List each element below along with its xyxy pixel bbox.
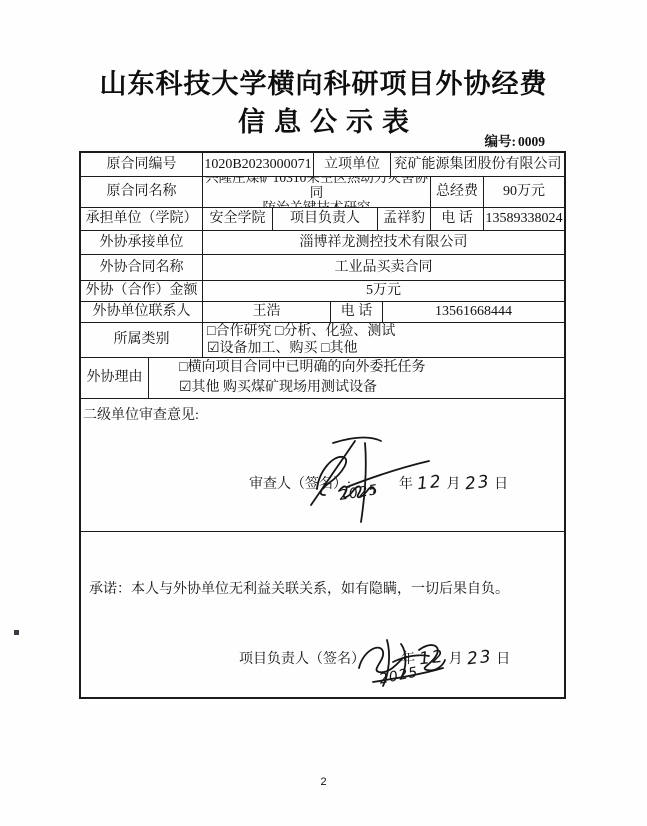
outsourcing-contact-label: 外协单位联系人: [81, 302, 203, 322]
doc-number-value: 0009: [518, 134, 547, 149]
leader-signature-scribble: [353, 634, 448, 696]
outsourcing-unit-label: 外协承接单位: [81, 231, 203, 254]
project-leader-value: 孟祥豹: [378, 208, 431, 230]
contact-phone-value: 13561668444: [383, 302, 564, 322]
handwritten-day: 23: [466, 647, 494, 670]
form-title-line1: 山东科技大学横向科研项目外协经费: [0, 62, 647, 101]
outsourcing-contract-name-label: 外协合同名称: [81, 255, 203, 280]
scan-speck: [14, 630, 19, 635]
category-label: 所属类别: [81, 323, 203, 357]
reason-options: □横向项目合同中已明确的向外委托任务 ☑其他 购买煤矿现场用测试设备: [149, 358, 564, 398]
month-char: 月: [447, 477, 461, 492]
project-unit-value: 兖矿能源集团股份有限公司: [391, 153, 564, 176]
review-opinion-label: 二级单位审查意见:: [83, 404, 199, 424]
project-leader-label: 项目负责人: [273, 208, 378, 230]
outsourcing-contact-value: 王浩: [203, 302, 331, 322]
undertaking-unit-value: 安全学院: [203, 208, 273, 230]
handwritten-day: 23: [464, 472, 492, 495]
scanned-form-page: 山东科技大学横向科研项目外协经费 信息公示表 编号:0009 原合同编号 102…: [0, 0, 647, 826]
form-title-line2: 信息公示表: [0, 100, 647, 139]
original-contract-name-value: 兴隆庄煤矿10310采空区热动力灾害协同 防治关键技术研究: [203, 177, 431, 207]
outsourcing-unit-value: 淄博祥龙测控技术有限公司: [203, 231, 564, 254]
project-unit-label: 立项单位: [314, 153, 391, 176]
outsourcing-contract-name-value: 工业品买卖合同: [203, 255, 564, 280]
category-options: □合作研究 □分析、化验、测试 ☑设备加工、购买 □其他: [203, 323, 564, 357]
month-char: 月: [449, 652, 463, 667]
outsourcing-amount-value: 5万元: [203, 281, 564, 301]
row-review-opinion: 二级单位审查意见: 审查人（签名）:年12月23日 2025: [81, 399, 564, 532]
promise-cell: 承诺：本人与外协单位无利益关联关系，如有隐瞒，一切后果自负。 项目负责人（签名）…: [81, 532, 564, 697]
leader-phone-value: 13589338024: [484, 208, 564, 230]
doc-number: 编号:0009: [485, 130, 548, 150]
row-undertaking-unit: 承担单位（学院） 安全学院 项目负责人 孟祥豹 电 话 13589338024: [81, 208, 564, 231]
promise-text: 承诺：本人与外协单位无利益关联关系，如有隐瞒，一切后果自负。: [89, 578, 509, 598]
doc-number-label: 编号:: [485, 134, 519, 149]
row-original-contract-name: 原合同名称 兴隆庄煤矿10310采空区热动力灾害协同 防治关键技术研究 总经费 …: [81, 177, 564, 208]
row-category: 所属类别 □合作研究 □分析、化验、测试 ☑设备加工、购买 □其他: [81, 323, 564, 358]
original-contract-name-label: 原合同名称: [81, 177, 203, 207]
reason-option-line-2: ☑其他 购买煤矿现场用测试设备: [179, 378, 377, 398]
undertaking-unit-label: 承担单位（学院）: [81, 208, 203, 230]
page-number: 2: [0, 776, 647, 788]
original-contract-no-label: 原合同编号: [81, 153, 203, 176]
outsourcing-amount-label: 外协（合作）金额: [81, 281, 203, 301]
review-opinion-cell: 二级单位审查意见: 审查人（签名）:年12月23日 2025: [81, 399, 564, 531]
row-outsourcing-amount: 外协（合作）金额 5万元: [81, 281, 564, 302]
contact-phone-label: 电 话: [331, 302, 383, 322]
reason-option-line-1: □横向项目合同中已明确的向外委托任务: [179, 358, 425, 378]
row-reason: 外协理由 □横向项目合同中已明确的向外委托任务 ☑其他 购买煤矿现场用测试设备: [81, 358, 564, 399]
row-outsourcing-contact: 外协单位联系人 王浩 电 话 13561668444: [81, 302, 564, 323]
original-contract-no-value: 1020B2023000071: [203, 153, 314, 176]
reason-label: 外协理由: [81, 358, 149, 398]
category-option-line-2: ☑设备加工、购买 □其他: [207, 340, 358, 357]
row-outsourcing-contract-name: 外协合同名称 工业品买卖合同: [81, 255, 564, 281]
form-table: 原合同编号 1020B2023000071 立项单位 兖矿能源集团股份有限公司 …: [79, 151, 566, 699]
reviewer-signature-scribble: [303, 427, 435, 525]
leader-signature-label: 项目负责人（签名）: [239, 652, 365, 667]
row-promise: 承诺：本人与外协单位无利益关联关系，如有隐瞒，一切后果自负。 项目负责人（签名）…: [81, 532, 564, 697]
day-char: 日: [494, 477, 508, 492]
row-original-contract-no: 原合同编号 1020B2023000071 立项单位 兖矿能源集团股份有限公司: [81, 153, 564, 177]
total-fund-label: 总经费: [431, 177, 484, 207]
total-fund-value: 90万元: [484, 177, 564, 207]
row-outsourcing-unit: 外协承接单位 淄博祥龙测控技术有限公司: [81, 231, 564, 255]
leader-phone-label: 电 话: [431, 208, 484, 230]
category-option-line-1: □合作研究 □分析、化验、测试: [207, 323, 395, 340]
day-char: 日: [496, 652, 510, 667]
